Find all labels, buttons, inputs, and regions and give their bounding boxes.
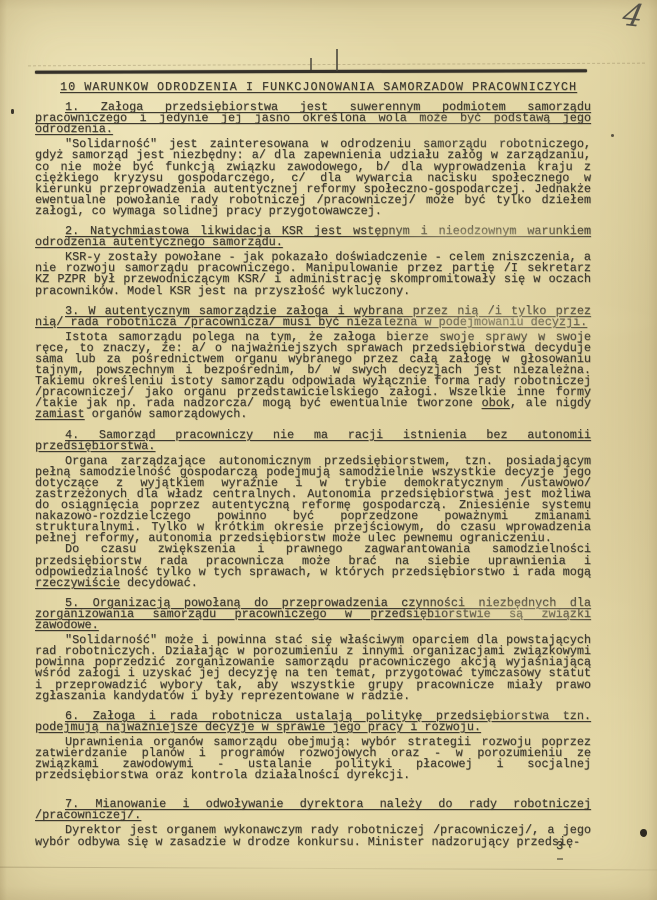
section-4-paragraph-2: Do czasu zwiększenia i prawnego zagwaran… bbox=[35, 544, 591, 588]
typed-page-number: 3 bbox=[556, 839, 563, 853]
bottom-crease-line bbox=[0, 867, 657, 871]
section-7: 7. Mianowanie i odwoływanie dyrektora na… bbox=[35, 799, 591, 847]
fold-tick-mark bbox=[310, 58, 312, 70]
section-1: 1. Załoga przedsiębiorstwa jest suwerenn… bbox=[35, 102, 591, 217]
underlined-word: zamiast bbox=[35, 407, 85, 421]
paragraph-part: Do czasu zwiększenia i prawnego zagwaran… bbox=[35, 542, 591, 578]
paragraph-part: organów samorządowych. bbox=[85, 407, 248, 421]
section-1-paragraph: "Solidarność" jest zainteresowana w odro… bbox=[35, 139, 591, 217]
section-7-paragraph: Dyrektor jest organem wykonawczym rady r… bbox=[35, 825, 591, 847]
section-2-heading: 2. Natychmiastowa likwidacja KSR jest ws… bbox=[35, 226, 591, 248]
section-5: 5. Organizacją powołaną do przeprowadzen… bbox=[35, 598, 591, 702]
section-4: 4. Samorząd pracowniczy nie ma racji ist… bbox=[35, 430, 591, 589]
paper-fleck bbox=[611, 134, 614, 137]
paragraph-part: decydować. bbox=[120, 576, 198, 590]
section-3-heading: 3. W autentycznym samorządzie załoga i w… bbox=[35, 306, 591, 328]
section-2-paragraph: KSR-y zostały powołane - jak pokazało do… bbox=[35, 252, 591, 296]
handwritten-page-number: 4 bbox=[620, 0, 647, 35]
page-number-dash bbox=[557, 858, 563, 860]
document-body: 10 WARUNKOW ODRODZENIA I FUNKCJONOWANIA … bbox=[35, 82, 591, 848]
section-1-heading: 1. Załoga przedsiębiorstwa jest suwerenn… bbox=[35, 102, 591, 135]
section-5-heading: 5. Organizacją powołaną do przeprowadzen… bbox=[35, 598, 591, 631]
scanned-document-page: 4 10 WARUNKOW ODRODZENIA I FUNKCJONOWANI… bbox=[0, 0, 657, 900]
ink-blot bbox=[640, 829, 647, 837]
section-4-paragraph-1: Organa zarządzające autonomicznym przeds… bbox=[35, 456, 591, 545]
section-6-heading: 6. Załoga i rada robotnicza ustalają pol… bbox=[35, 711, 591, 733]
section-3: 3. W autentycznym samorządzie załoga i w… bbox=[35, 306, 591, 421]
paragraph-part: , ale nigdy bbox=[510, 396, 591, 410]
section-7-heading: 7. Mianowanie i odwoływanie dyrektora na… bbox=[35, 799, 591, 821]
section-2: 2. Natychmiastowa likwidacja KSR jest ws… bbox=[35, 226, 591, 297]
section-6: 6. Załoga i rada robotnicza ustalają pol… bbox=[35, 711, 591, 782]
underlined-word: obok bbox=[482, 396, 510, 410]
fold-tick-mark bbox=[336, 49, 338, 71]
underlined-word: rzeczywiście bbox=[35, 576, 120, 590]
section-5-paragraph: "Solidarność" może i powinna stać się wł… bbox=[35, 635, 591, 702]
paper-fleck bbox=[11, 109, 14, 114]
document-title: 10 WARUNKOW ODRODZENIA I FUNKCJONOWANIA … bbox=[35, 82, 591, 93]
section-6-paragraph: Uprawnienia organów samorządu obejmują: … bbox=[35, 737, 591, 781]
section-3-paragraph: Istota samorządu polega na tym, że załog… bbox=[35, 332, 591, 421]
section-4-heading: 4. Samorząd pracowniczy nie ma racji ist… bbox=[35, 430, 591, 452]
